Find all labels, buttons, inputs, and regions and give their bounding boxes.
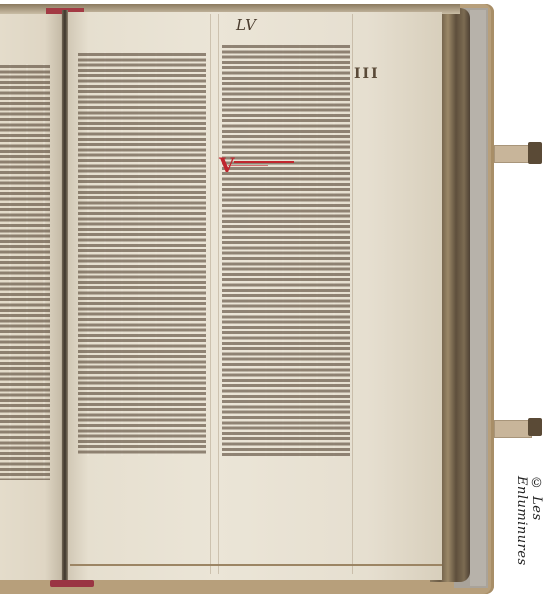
folio-number: LV	[236, 16, 257, 34]
clasp-bottom	[528, 418, 542, 436]
text-column-b	[222, 44, 350, 458]
copyright-notice: © Les Enluminures	[514, 476, 544, 600]
rubric-line	[234, 161, 294, 163]
page-bottom-edge	[70, 564, 442, 566]
left-page-text-column	[0, 64, 50, 480]
clasp-strap-top	[494, 145, 532, 163]
board-edge-highlight	[470, 10, 486, 586]
text-column-a	[78, 52, 206, 456]
bookmark-ribbon-bottom	[50, 580, 94, 587]
ruling-line	[352, 14, 353, 574]
marginal-numeral: III	[354, 66, 380, 82]
clasp-top	[528, 142, 542, 164]
left-page	[0, 12, 64, 580]
gutter	[62, 10, 68, 584]
clasp-strap-bottom	[494, 420, 532, 438]
manuscript-photo: LV V III © Les Enluminures	[0, 0, 552, 600]
ruling-line	[218, 14, 219, 574]
ruling-line	[210, 14, 211, 574]
